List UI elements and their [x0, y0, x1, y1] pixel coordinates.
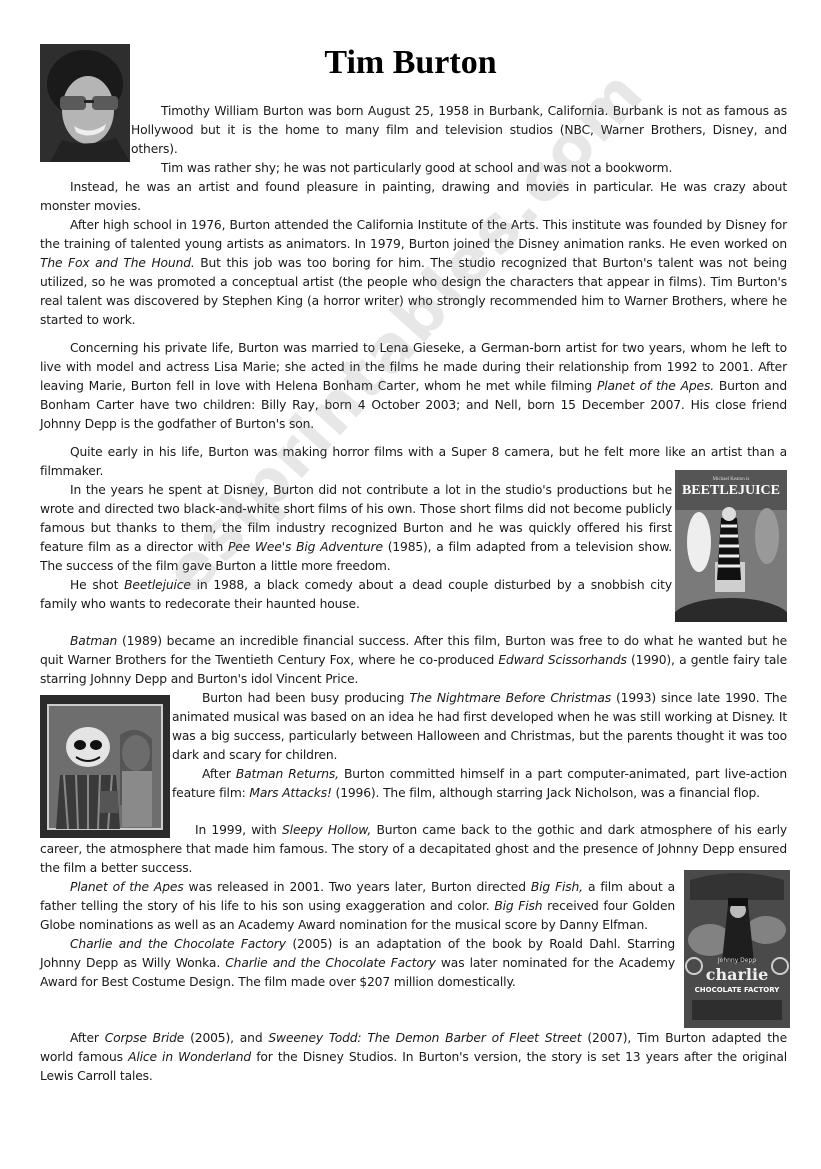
paragraph-mars-attacks: After Batman Returns, Burton committed h…: [172, 765, 787, 803]
film-title: Pee Wee's Big Adventure: [228, 540, 383, 554]
film-title: Batman Returns,: [236, 767, 339, 781]
worksheet-page: Tim Burton Michael Keaton is BEETLEJUICE: [0, 0, 821, 1169]
film-title: Corpse Bride: [105, 1031, 185, 1045]
film-title: Planet of the Apes.: [597, 379, 714, 393]
film-title: The Fox and The Hound.: [40, 256, 195, 270]
film-title: Sleepy Hollow,: [282, 823, 371, 837]
paragraph-birth: Timothy William Burton was born August 2…: [131, 102, 787, 159]
paragraph-disney-years: In the years he spent at Disney, Burton …: [40, 481, 672, 576]
portrait-image: [40, 44, 130, 162]
paragraph-beetlejuice: He shot Beetlejuice in 1988, a black com…: [40, 576, 672, 614]
nightmare-before-christmas-image: [40, 695, 170, 838]
text-block-big-fish-charlie: Planet of the Apes was released in 2001.…: [40, 878, 675, 992]
text-block-early-career: Instead, he was an artist and found plea…: [40, 178, 787, 481]
portrait-photo-icon: [40, 44, 130, 162]
svg-text:charlie: charlie: [706, 965, 769, 984]
film-title: The Nightmare Before Christmas: [409, 691, 611, 705]
svg-text:BEETLEJUICE: BEETLEJUICE: [682, 483, 780, 498]
svg-text:CHOCOLATE FACTORY: CHOCOLATE FACTORY: [695, 986, 781, 994]
paragraph-sleepy-hollow: In 1999, with Sleepy Hollow, Burton came…: [40, 821, 787, 878]
paragraph-private-life: Concerning his private life, Burton was …: [40, 339, 787, 434]
svg-text:Johnny Depp: Johnny Depp: [717, 957, 756, 964]
film-title: Batman: [70, 634, 117, 648]
paragraph-alice: After Corpse Bride (2005), and Sweeney T…: [40, 1029, 787, 1086]
film-title: Edward Scissorhands: [498, 653, 626, 667]
paragraph-big-fish: Planet of the Apes was released in 2001.…: [40, 878, 675, 935]
beetlejuice-poster-image: Michael Keaton is BEETLEJUICE: [675, 470, 787, 622]
film-title: Sweeney Todd: The Demon Barber of Fleet …: [268, 1031, 581, 1045]
paragraph-batman: Batman (1989) became an incredible finan…: [40, 632, 787, 689]
text-block-batman: Batman (1989) became an incredible finan…: [40, 632, 787, 689]
text-block-disney: In the years he spent at Disney, Burton …: [40, 481, 672, 614]
paragraph-super8: Quite early in his life, Burton was maki…: [40, 443, 787, 481]
paragraph-shy: Tim was rather shy; he was not particula…: [131, 159, 787, 178]
film-title: Planet of the Apes: [70, 880, 184, 894]
text-block-nightmare: Burton had been busy producing The Night…: [172, 689, 787, 803]
film-title: Charlie and the Chocolate Factory: [225, 956, 436, 970]
film-title: Charlie and the Chocolate Factory: [70, 937, 286, 951]
text-block-sleepy-hollow: In 1999, with Sleepy Hollow, Burton came…: [40, 821, 787, 878]
paragraph-nightmare: Burton had been busy producing The Night…: [172, 689, 787, 765]
text-block-alice: After Corpse Bride (2005), and Sweeney T…: [40, 1029, 787, 1086]
film-title: Big Fish,: [531, 880, 583, 894]
nightmare-artwork-icon: [40, 695, 170, 838]
paragraph-artist: Instead, he was an artist and found plea…: [40, 178, 787, 216]
beetlejuice-poster-icon: Michael Keaton is BEETLEJUICE: [675, 470, 787, 622]
text-block-intro: Timothy William Burton was born August 2…: [131, 102, 787, 178]
charlie-chocolate-factory-poster-image: Johnny Depp charlie CHOCOLATE FACTORY: [684, 870, 790, 1028]
paragraph-high-school: After high school in 1976, Burton attend…: [40, 216, 787, 330]
charlie-poster-icon: Johnny Depp charlie CHOCOLATE FACTORY: [684, 870, 790, 1028]
paragraph-charlie: Charlie and the Chocolate Factory (2005)…: [40, 935, 675, 992]
film-title: Mars Attacks!: [249, 786, 331, 800]
film-title: Alice in Wonderland: [128, 1050, 251, 1064]
film-title: Big Fish: [494, 899, 542, 913]
film-title: Beetlejuice: [124, 578, 191, 592]
